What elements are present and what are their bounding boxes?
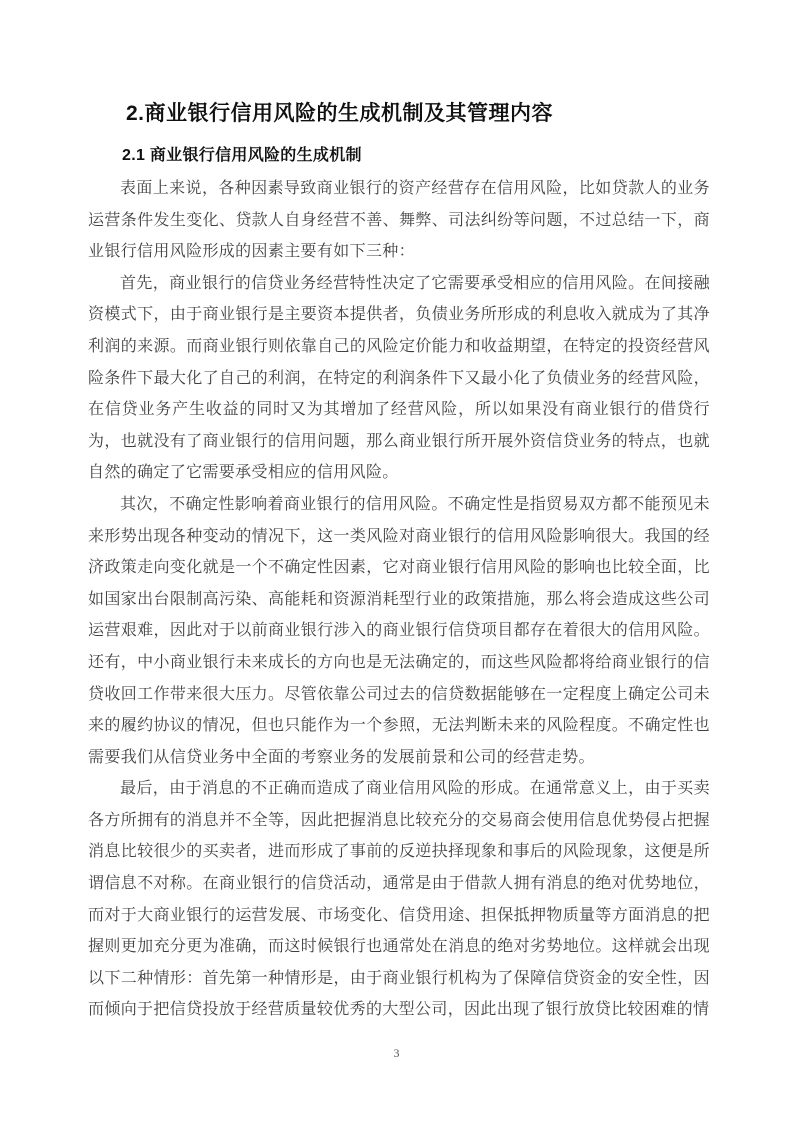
paragraph-intro: 表面上来说，各种因素导致商业银行的资产经营存在信用风险，比如贷款人的业务运营条件… [88, 173, 710, 268]
subsection-title: 2.1 商业银行信用风险的生成机制 [122, 145, 710, 167]
section-title: 2.商业银行信用风险的生成机制及其管理内容 [126, 0, 710, 128]
body-text: 表面上来说，各种因素导致商业银行的资产经营存在信用风险，比如贷款人的业务运营条件… [88, 173, 710, 1026]
paragraph-third-factor: 最后，由于消息的不正确而造成了商业信用风险的形成。在通常意义上，由于买卖各方所拥… [88, 773, 710, 1026]
page-footer: 3 [0, 1044, 793, 1062]
document-page: 2.商业银行信用风险的生成机制及其管理内容 2.1 商业银行信用风险的生成机制 … [0, 0, 793, 1122]
page-number: 3 [394, 1046, 400, 1060]
page-content: 2.商业银行信用风险的生成机制及其管理内容 2.1 商业银行信用风险的生成机制 … [88, 0, 710, 1026]
paragraph-first-factor: 首先，商业银行的信贷业务经营特性决定了它需要承受相应的信用风险。在间接融资模式下… [88, 268, 710, 489]
paragraph-second-factor: 其次，不确定性影响着商业银行的信用风险。不确定性是指贸易双方都不能预见未来形势出… [88, 489, 710, 773]
